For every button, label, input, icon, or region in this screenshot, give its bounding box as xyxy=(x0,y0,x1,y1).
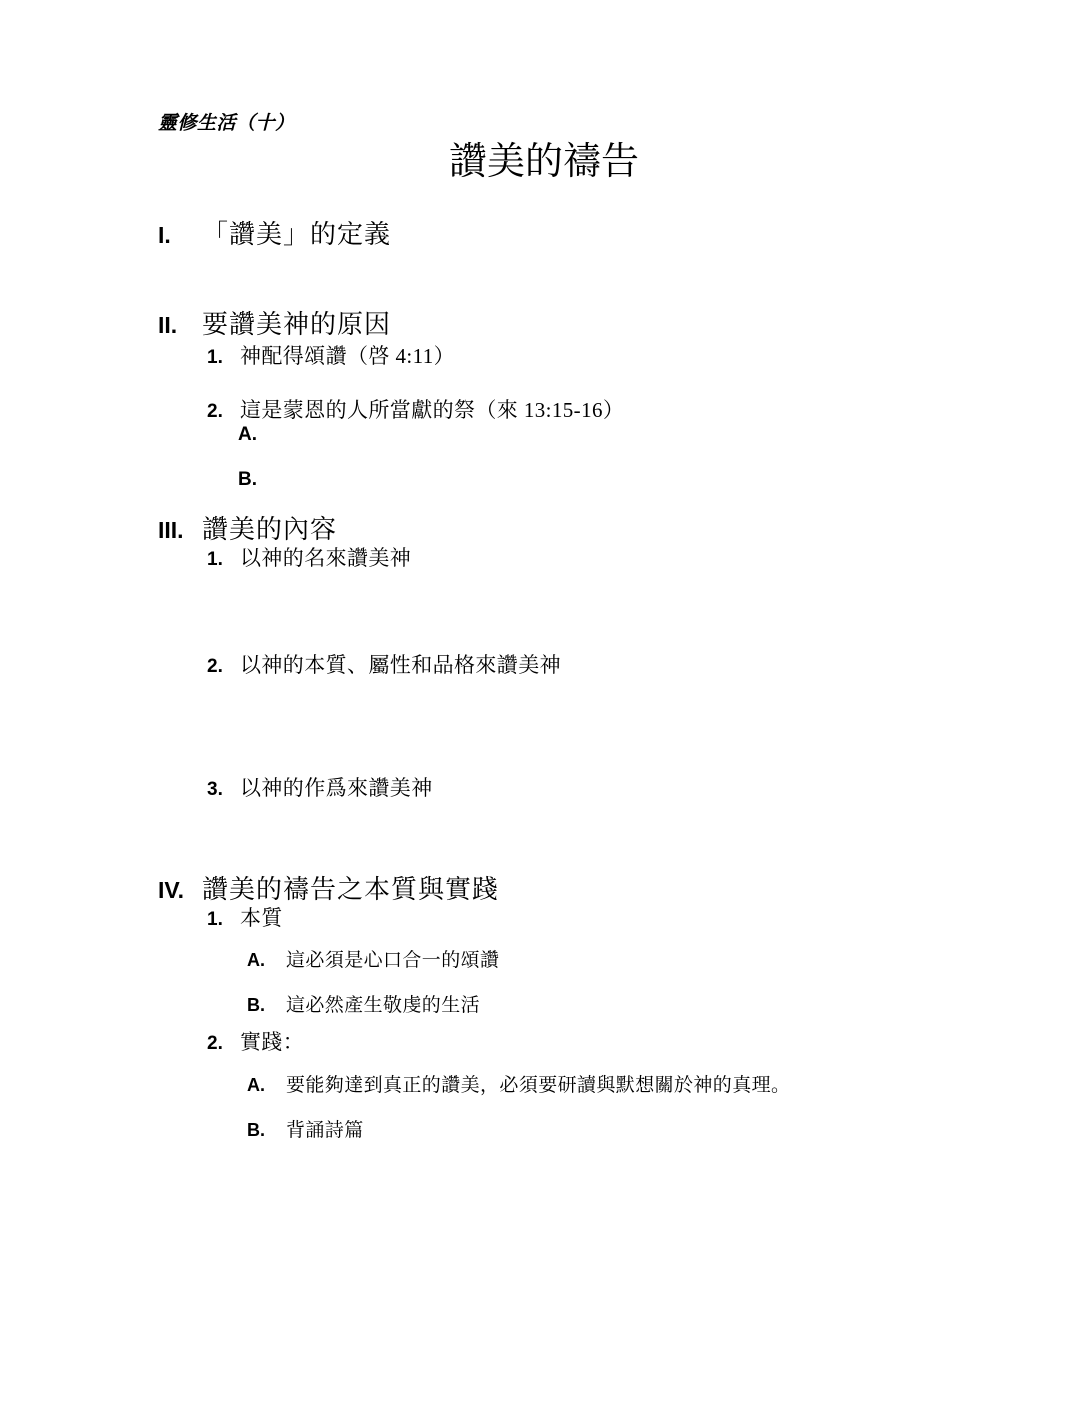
outline-subitem-IV-1-B: B.這必然產生敬虔的生活 xyxy=(247,990,480,1017)
item-text: 本質 xyxy=(240,906,283,930)
section-heading: 讚美的禱告之本質與實踐 xyxy=(202,875,499,904)
item-text: 神配得頌讚（啓 4:11） xyxy=(240,344,455,368)
outline-item-III-3: 3.以神的作爲來讚美神 xyxy=(207,772,433,802)
item-text: 以神的本質、屬性和品格來讚美神 xyxy=(240,653,561,677)
subitem-text: 這必須是心口合一的頌讚 xyxy=(286,950,499,971)
section-heading: 要讚美神的原因 xyxy=(202,310,391,339)
outline-subitem-IV-2-B: B.背誦詩篇 xyxy=(247,1115,364,1142)
section-row-1: I.「讚美」的定義 xyxy=(158,214,391,251)
item-number: 2. xyxy=(207,401,240,423)
subitem-letter: A. xyxy=(247,950,286,971)
subitem-text: 這必然產生敬虔的生活 xyxy=(286,995,480,1016)
subitem-letter: B. xyxy=(238,469,257,490)
outline-subitem-IV-2-A: A.要能夠達到真正的讚美，必須要研讀與默想關於神的真理。 xyxy=(247,1070,790,1097)
item-number: 2. xyxy=(207,656,240,678)
subitem-letter: B. xyxy=(247,1120,286,1141)
outline-subitem-II-2-B: B. xyxy=(238,469,257,491)
outline-item-IV-1: 1.本質 xyxy=(207,902,283,932)
subitem-text: 要能夠達到真正的讚美，必須要研讀與默想關於神的真理。 xyxy=(286,1075,790,1096)
outline-subitem-IV-1-A: A.這必須是心口合一的頌讚 xyxy=(247,945,499,972)
section-numeral: III. xyxy=(158,517,202,544)
item-text: 以神的作爲來讚美神 xyxy=(240,776,433,800)
item-number: 1. xyxy=(207,909,240,931)
item-number: 1. xyxy=(207,549,240,571)
section-row-2: II.要讚美神的原因 xyxy=(158,304,391,341)
subitem-letter: A. xyxy=(247,1075,286,1096)
item-number: 1. xyxy=(207,347,240,369)
item-number: 2. xyxy=(207,1033,240,1055)
outline-item-II-1: 1.神配得頌讚（啓 4:11） xyxy=(207,340,455,370)
section-numeral: I. xyxy=(158,222,202,249)
outline-subitem-II-2-A: A. xyxy=(238,424,257,446)
subitem-text: 背誦詩篇 xyxy=(286,1120,364,1141)
section-numeral: IV. xyxy=(158,877,202,904)
outline-item-IV-2: 2.實踐： xyxy=(207,1026,304,1056)
outline-item-III-2: 2.以神的本質、屬性和品格來讚美神 xyxy=(207,649,561,679)
section-heading: 讚美的內容 xyxy=(202,515,337,544)
section-row-3: III.讚美的內容 xyxy=(158,509,337,546)
section-row-4: IV.讚美的禱告之本質與實踐 xyxy=(158,869,499,906)
doc-title: 讚美的禱告 xyxy=(0,130,1088,185)
section-numeral: II. xyxy=(158,312,202,339)
item-text: 以神的名來讚美神 xyxy=(240,546,411,570)
document-page: 靈修生活（十） 讚美的禱告 I.「讚美」的定義 II.要讚美神的原因 1.神配得… xyxy=(0,0,1088,1408)
outline-item-II-2: 2.這是蒙恩的人所當獻的祭（來 13:15-16） xyxy=(207,394,624,424)
subitem-letter: B. xyxy=(247,995,286,1016)
section-heading: 「讚美」的定義 xyxy=(202,220,391,249)
item-number: 3. xyxy=(207,779,240,801)
item-text: 這是蒙恩的人所當獻的祭（來 13:15-16） xyxy=(240,398,624,422)
subitem-letter: A. xyxy=(238,424,257,445)
outline-item-III-1: 1.以神的名來讚美神 xyxy=(207,542,411,572)
item-text: 實踐： xyxy=(240,1030,304,1054)
